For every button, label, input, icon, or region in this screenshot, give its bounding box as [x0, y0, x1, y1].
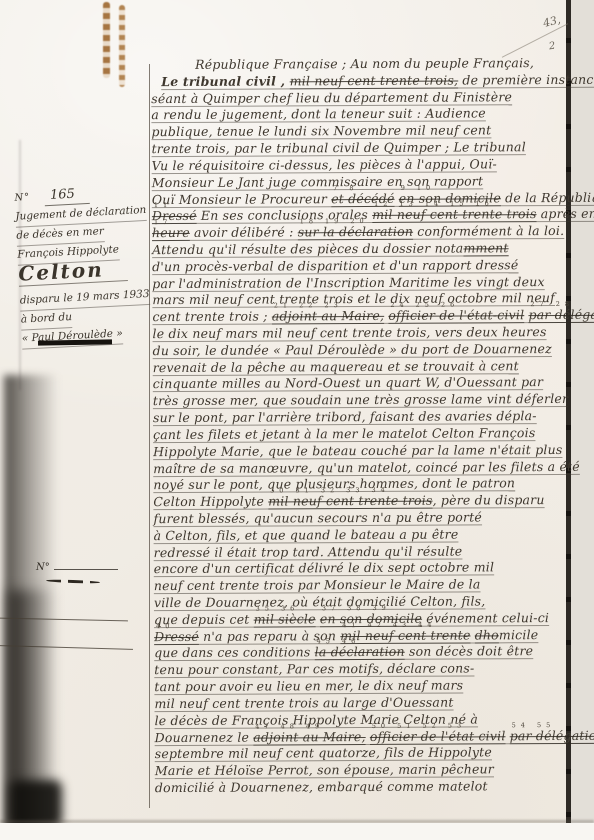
struck-text: par délégation54 55 — [510, 727, 594, 743]
text-run: tant pour avoir eu lieu en mer, le dix n… — [154, 678, 463, 695]
renvoi-numbers: 17 — [154, 219, 192, 225]
renvoi-numbers: 37 38 39 — [322, 605, 424, 612]
folio-subnumber: 2 — [548, 41, 556, 53]
text-run: Celton Hippolyte — [153, 494, 268, 510]
text-run: furent blessés, qu'aucun secours n'a pu … — [153, 509, 482, 526]
document-page: 43, 2 N°165 Jugement de déclaration de d… — [0, 0, 594, 840]
text-run: mil neuf cent trente trois au large d'Ou… — [154, 694, 453, 711]
renvoi-numbers: 41 42 43 44 — [342, 621, 472, 628]
renvoi-numbers: 18 19 20 — [300, 218, 415, 225]
text-run: tenu pour constant, Par ces motifs, décl… — [154, 661, 474, 678]
text-run: que dans ces conditions — [154, 645, 315, 661]
text-run: très grosse mer, que soudain une très gr… — [153, 391, 568, 408]
renvoi-numbers: 54 55 — [512, 721, 594, 727]
renvoi-numbers: 45 46 — [317, 638, 407, 644]
renvoi-numbers: 47 48 49 — [255, 723, 367, 730]
text-run: d'un procès-verbal de disparition et d'u… — [152, 257, 518, 274]
text-run: avoir délibéré : — [190, 224, 298, 240]
renvoi-numbers: 7 8 — [333, 184, 396, 190]
renvoi-numbers: 40 — [156, 623, 201, 629]
struck-text: dho — [475, 627, 499, 643]
pencil-stroke — [502, 23, 568, 57]
text-run: maître de sa manœuvre, qu'un matelot, co… — [153, 458, 580, 475]
text-run: ville de Douarnenez, où était domicilié … — [154, 593, 486, 610]
second-number-row: N° — [36, 561, 118, 573]
renvoi-numbers: 24 25 26 — [390, 301, 526, 308]
renvoi-numbers: 50 51 52 53 — [372, 722, 508, 729]
struck-text: mil siècle35 36 — [254, 611, 316, 627]
struck-text: adjoint au Maire,47 48 49 — [253, 729, 365, 745]
text-run: Le tribunal civil , — [161, 73, 290, 89]
struck-text: officier de l'état civil50 51 52 53 — [370, 728, 506, 744]
rust-stain — [103, 2, 110, 78]
body-lines: République Française ; Au nom du peuple … — [151, 55, 585, 797]
renvoi-numbers: 27 28 — [530, 301, 594, 307]
struck-text: la déclaration45 46 — [315, 644, 405, 660]
text-run: conformément à la loi. — [413, 223, 564, 239]
text-run: après en — [536, 206, 594, 221]
renvoi-numbers: 35 36 — [256, 605, 318, 611]
text-run: sur le pont, par l'arrière tribord, fais… — [153, 408, 537, 425]
text-run: Douarnenez le — [155, 729, 254, 745]
text-run: neuf cent trente trois par Monsieur le M… — [154, 577, 481, 594]
text-run: revenait de la pêche au maquereau et se … — [153, 358, 519, 375]
text-run: , père du disparu — [433, 492, 545, 508]
text-run: le dix neuf mars mil neuf cent trente tr… — [152, 324, 546, 341]
text-run: publique, tenue le lundi six Novembre mi… — [151, 123, 491, 140]
struck-text: heure17 — [152, 225, 190, 241]
margin-rule-vertical — [149, 64, 150, 808]
text-run: par l'administration de l'Inscription Ma… — [152, 274, 545, 291]
renvoi-numbers: 21 22 23 — [274, 302, 386, 309]
text-run: encore d'un certificat délivré le dix se… — [154, 560, 494, 577]
struck-text: officier de l'état-civil24 25 26 — [388, 307, 524, 323]
struck-text: mment — [463, 240, 508, 256]
text-run: Attendu qu'il résulte des pièces du doss… — [152, 240, 463, 257]
text-run: domicilié à Douarnenez, embarqué comme m… — [155, 778, 488, 795]
margin-annotation: N°165 Jugement de déclaration de décès e… — [14, 180, 164, 348]
renvoi-numbers: 9 10 — [401, 184, 503, 191]
text-run: du soir, le dundée « Paul Déroulède » du… — [153, 341, 552, 358]
text-run: redressé il était trop tard. Attendu qu'… — [154, 543, 463, 560]
text-run: cinquante milles au Nord-Ouest un quart … — [153, 375, 543, 392]
struck-text: adjoint au Maire,21 22 23 — [272, 308, 384, 324]
handwritten-line: domicilié à Douarnenez, embarqué comme m… — [155, 778, 585, 797]
text-run: à Celton, fils, et que quand le bateau a… — [154, 526, 459, 543]
text-run: cent trente trois ; — [152, 309, 271, 325]
renvoi-numbers: 11 — [154, 202, 199, 208]
renvoi-numbers: 30 31 32 33 34 — [270, 487, 434, 494]
text-run: trente trois, par le tribunal civil de Q… — [152, 139, 526, 156]
text-run: septembre mil neuf cent quatorze, fils d… — [155, 745, 492, 762]
text-run: Marie et Héloïse Perrot, son épouse, mar… — [155, 761, 494, 778]
text-run: micile — [499, 627, 539, 642]
text-run: Vu le réquisitoire ci-dessus, les pièces… — [152, 156, 497, 173]
case-number-label: N° — [14, 192, 30, 204]
struck-text: mil neuf cent trente trois, — [290, 72, 459, 88]
struck-text: Dressé40 — [154, 629, 199, 645]
text-run: de première instance — [458, 72, 594, 88]
struck-text: par délégation27 28 — [528, 307, 594, 323]
text-run: son décès doit être — [405, 644, 534, 660]
text-run: a rendu le jugement, dont la teneur suit… — [151, 106, 486, 123]
blank-line — [54, 561, 118, 570]
case-number-value: 165 — [44, 184, 90, 206]
text-run: Hippolyte Marie, que le bateau couché pa… — [153, 442, 562, 459]
second-number-label: N° — [36, 562, 50, 573]
struck-text: mil neuf cent trente trois30 31 32 33 34 — [268, 493, 432, 509]
text-run: séant à Quimper chef lieu du département… — [151, 89, 512, 106]
rust-stain — [119, 5, 125, 87]
struck-text: sur la déclaration18 19 20 — [298, 224, 413, 240]
surname: Celton — [18, 256, 129, 287]
text-run: République Française ; Au nom du peuple … — [195, 55, 534, 72]
margin-line: « Paul Déroulède » — [21, 324, 123, 349]
text-run: çant les filets et jetant à la mer le ma… — [153, 425, 535, 442]
renvoi-numbers: 12 13 14 15 16 — [374, 200, 538, 207]
scan-bottom-strip — [0, 823, 594, 840]
